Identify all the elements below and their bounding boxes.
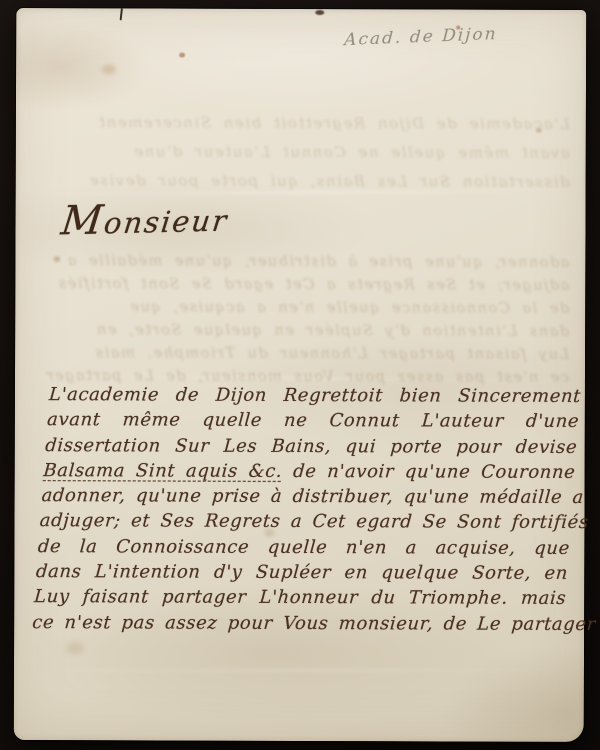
- manuscript-line: de la Connoissance quelle n'en a acquise…: [37, 536, 571, 563]
- foxing-spot: [536, 128, 542, 133]
- bleedthrough-line: de la Connoissance quelle n'en a acquise…: [27, 296, 569, 321]
- manuscript-line: ce n'est pas assez pour Vous monsieur, d…: [31, 612, 565, 639]
- manuscript-line: dans L'intention d'y Supléer en quelque …: [35, 561, 569, 588]
- underlined-devise: Balsama Sint aquis &c.: [43, 460, 283, 482]
- manuscript-line: L'academie de Dijon Regrettoit bien Sinc…: [48, 384, 582, 411]
- letter-body: L'academie de Dijon Regrettoit bien Sinc…: [31, 384, 582, 639]
- photograph: Acad. de Dijon L'academie de Dijon Regre…: [0, 0, 600, 750]
- manuscript-line: adonner, qu'une prise à distribuer, qu'u…: [41, 485, 575, 512]
- foxing-spot: [315, 10, 324, 15]
- manuscript-line-rest: de n'avoir qu'une Couronne: [292, 461, 576, 483]
- manuscript-line: avant même quelle ne Connut L'auteur d'u…: [46, 409, 580, 436]
- manuscript-line: dissertation Sur Les Bains, qui porte po…: [44, 435, 578, 462]
- paper-crease: [16, 189, 586, 196]
- salutation: Monsieur: [59, 194, 231, 244]
- bleedthrough-line: avant même quelle ne Connut L'auteur d'u…: [28, 137, 570, 168]
- manuscript-line: Luy faisant partager L'honneur du Triomp…: [33, 586, 567, 613]
- foxing-spot: [102, 64, 116, 74]
- paper-crease: [15, 374, 585, 383]
- letter-page: Acad. de Dijon L'academie de Dijon Regre…: [14, 8, 587, 742]
- foxing-spot: [53, 256, 60, 262]
- bleedthrough-line: adonner, qu'une prise à distribuer, qu'u…: [27, 250, 569, 275]
- bleedthrough-text-lower: adonner, qu'une prise à distribuer, qu'u…: [27, 250, 569, 390]
- bleedthrough-text-upper: L'academie de Dijon Regrettoit bien Sinc…: [28, 108, 570, 197]
- bleedthrough-line: dissertation Sur Les Bains, qui porte po…: [28, 166, 570, 197]
- foxing-spot: [179, 53, 185, 58]
- manuscript-line: adjuger; et Ses Regrets a Cet egard Se S…: [39, 511, 573, 538]
- bleedthrough-line: Luy faisant partager L'honneur du Triomp…: [27, 342, 569, 367]
- pencil-annotation: Acad. de Dijon: [344, 23, 535, 51]
- foxing-spot: [66, 642, 84, 654]
- bleedthrough-line: adjuger; et Ses Regrets a Cet egard Se S…: [27, 273, 569, 298]
- paper-crease: [14, 669, 584, 673]
- thread-mark: [120, 8, 123, 20]
- manuscript-line-with-devise: Balsama Sint aquis &c. de n'avoir qu'une…: [42, 460, 576, 487]
- bleedthrough-line: L'academie de Dijon Regrettoit bien Sinc…: [28, 108, 570, 139]
- bleedthrough-line: dans L'intention d'y Supléer en quelque …: [27, 319, 569, 344]
